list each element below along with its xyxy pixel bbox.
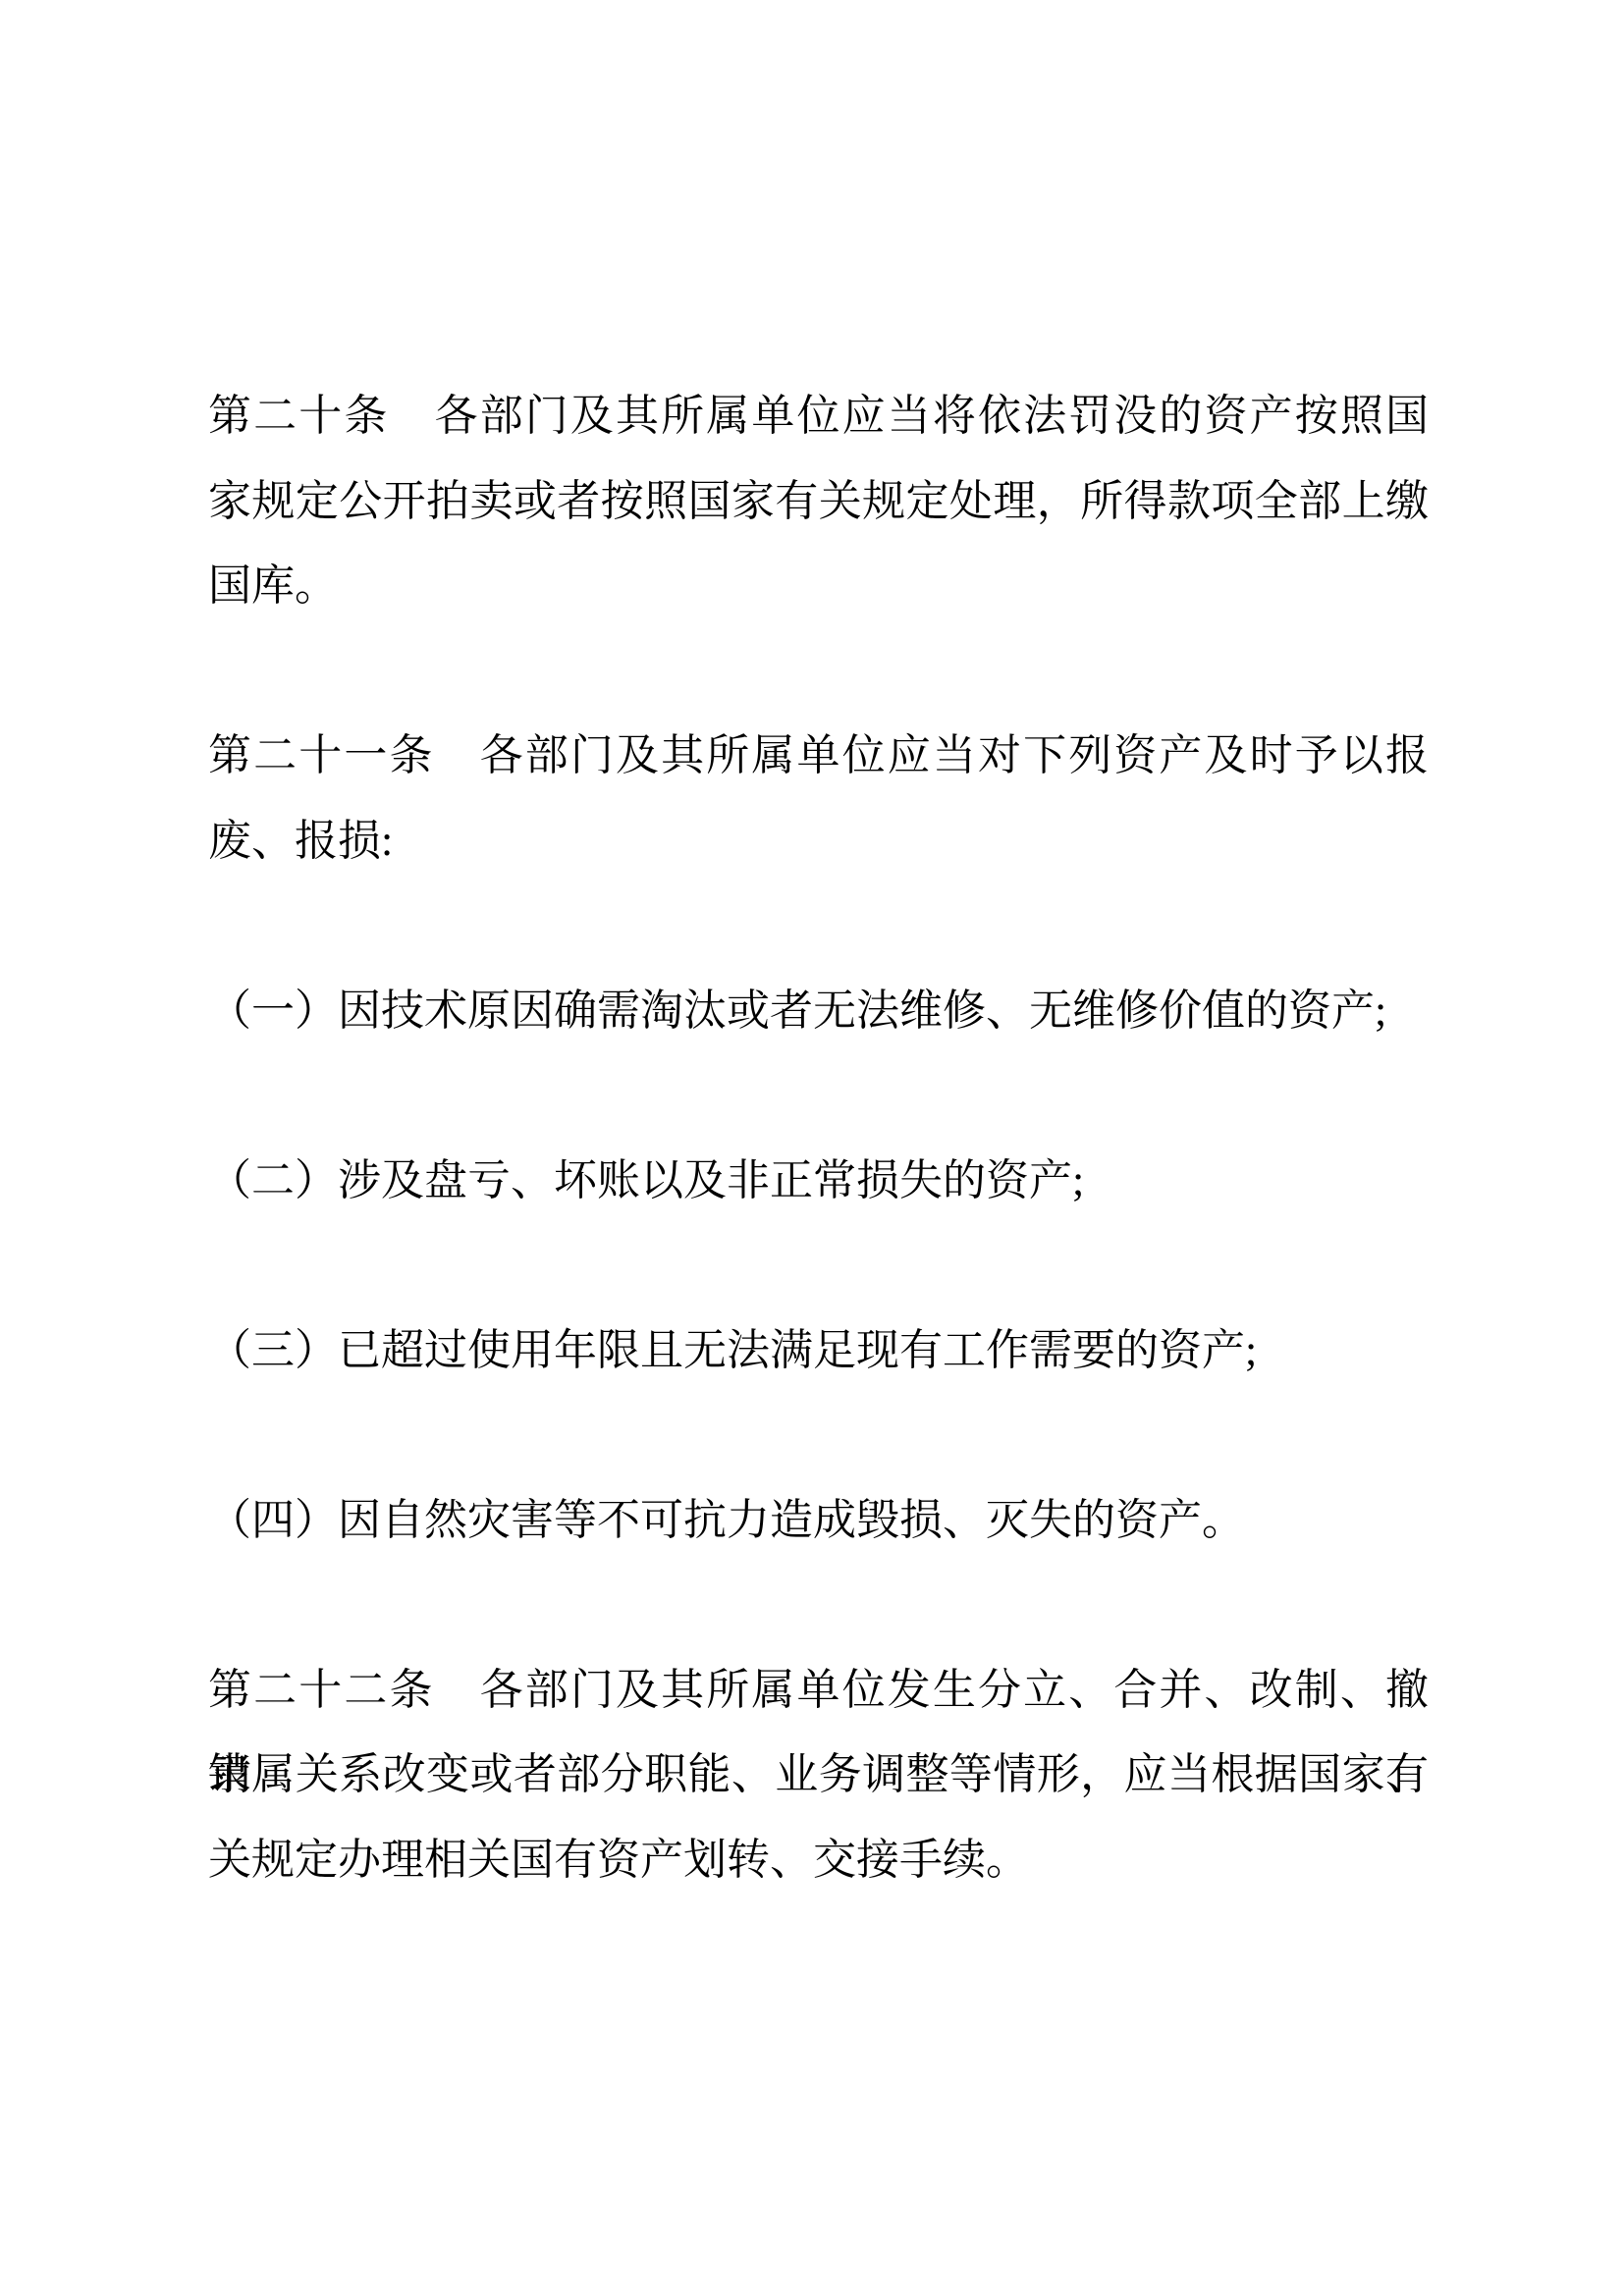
document-line: 关规定办理相关国有资产划转、交接手续。 [208, 1818, 1429, 1903]
document-line: 第二十二条 各部门及其所属单位发生分立、合并、改制、撤销、 [208, 1648, 1429, 1734]
paragraph-article-21-item-1: （一）因技术原因确需淘汰或者无法维修、无维修价值的资产; [208, 969, 1429, 1054]
document-line: （二）涉及盘亏、坏账以及非正常损失的资产; [208, 1139, 1429, 1224]
document-line: 隶属关系改变或者部分职能、业务调整等情形，应当根据国家有 [208, 1733, 1429, 1818]
document-line: 第二十条 各部门及其所属单位应当将依法罚没的资产按照国 [208, 374, 1429, 459]
document-line: 国库。 [208, 544, 1429, 629]
paragraph-article-21-item-3: （三）已超过使用年限且无法满足现有工作需要的资产; [208, 1308, 1429, 1394]
paragraph-article-21-item-4: （四）因自然灾害等不可抗力造成毁损、灭失的资产。 [208, 1478, 1429, 1564]
paragraph-article-22: 第二十二条 各部门及其所属单位发生分立、合并、改制、撤销、 隶属关系改变或者部分… [208, 1648, 1429, 1903]
document-line: （一）因技术原因确需淘汰或者无法维修、无维修价值的资产; [208, 969, 1429, 1054]
paragraph-article-21-item-2: （二）涉及盘亏、坏账以及非正常损失的资产; [208, 1139, 1429, 1224]
document-page: 第二十条 各部门及其所属单位应当将依法罚没的资产按照国 家规定公开拍卖或者按照国… [0, 0, 1624, 2296]
document-line: 废、报损: [208, 799, 1429, 884]
document-line: 第二十一条 各部门及其所属单位应当对下列资产及时予以报 [208, 714, 1429, 799]
document-line: （四）因自然灾害等不可抗力造成毁损、灭失的资产。 [208, 1478, 1429, 1564]
document-line: 家规定公开拍卖或者按照国家有关规定处理，所得款项全部上缴 [208, 459, 1429, 545]
document-line: （三）已超过使用年限且无法满足现有工作需要的资产; [208, 1308, 1429, 1394]
paragraph-article-20: 第二十条 各部门及其所属单位应当将依法罚没的资产按照国 家规定公开拍卖或者按照国… [208, 374, 1429, 629]
paragraph-article-21-intro: 第二十一条 各部门及其所属单位应当对下列资产及时予以报 废、报损: [208, 714, 1429, 883]
